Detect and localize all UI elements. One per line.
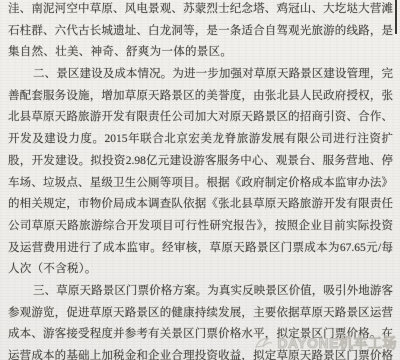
text-line: 的相关规定，市物价局成本调查队依据《张北县草原天路旅游开发有限责任 [8,194,393,216]
text-line: 二、景区建设及成本情况。为进一步加强对草原天路景区建设管理，完 [8,64,393,86]
text-line: 洼、南泥河空中草原、风电景观、苏蒙烈士纪念塔、鸡冠山、大圪垯大营滩 [8,0,393,21]
text-line: 成本、游客接受程度并参考有关景区门票价格水平，拟定景区门票价格。在 [8,324,393,346]
text-line: 善配套服务设施，增加草原天路景区的美誉度，由张北县人民政府授权，张 [8,86,393,108]
text-line: 集自然、壮美、神奇、舒爽为一体的景区。 [8,42,393,64]
scan-artifact-line [395,0,398,34]
text-line: 车场、垃圾点、星级卫生公厕等项目。根据《政府制定价格成本监审办法》 [8,173,393,195]
text-line: 北县草原天路旅游开发有限责任公司加大对原天路景区的招商引资、合作、 [8,107,393,129]
text-line: 及运营费用进行了成本监审。经审核，草原天路景区门票成本为67.65元/每 [8,238,393,260]
text-line: 石柱群、六代古长城遗址、白龙洞等，是一条适合自驾观光旅游的线路，是 [8,21,393,43]
text-line: 股，开发建设。拟投资2.98亿元建设游客服务中心、观景台、服务营地、停 [8,151,393,173]
document-text: 洼、南泥河空中草原、风电景观、苏蒙烈士纪念塔、鸡冠山、大圪垯大营滩石柱群、六代古… [8,0,393,360]
text-line: 人次（不含税）。 [8,259,393,281]
text-line: 三、草原天路景区门票价格方案。为真实反映景区价值，吸引外地游客 [8,281,393,303]
text-line: 开发及建设力度。2015年联合北京宏美龙脊旅游发展有限公司进行注资扩 [8,129,393,151]
text-line: 公司草原天路旅游综合开发项目可行性研究报告》，按照企业目前实际投资 [8,216,393,238]
text-line: 运营成本的基础上加税金和企业合理投资收益，拟定草原天路景区门票价格 [8,346,393,360]
text-line: 参观游览，促进草原天路景区的健康持续发展，主要依据草原天路景区运营 [8,303,393,325]
